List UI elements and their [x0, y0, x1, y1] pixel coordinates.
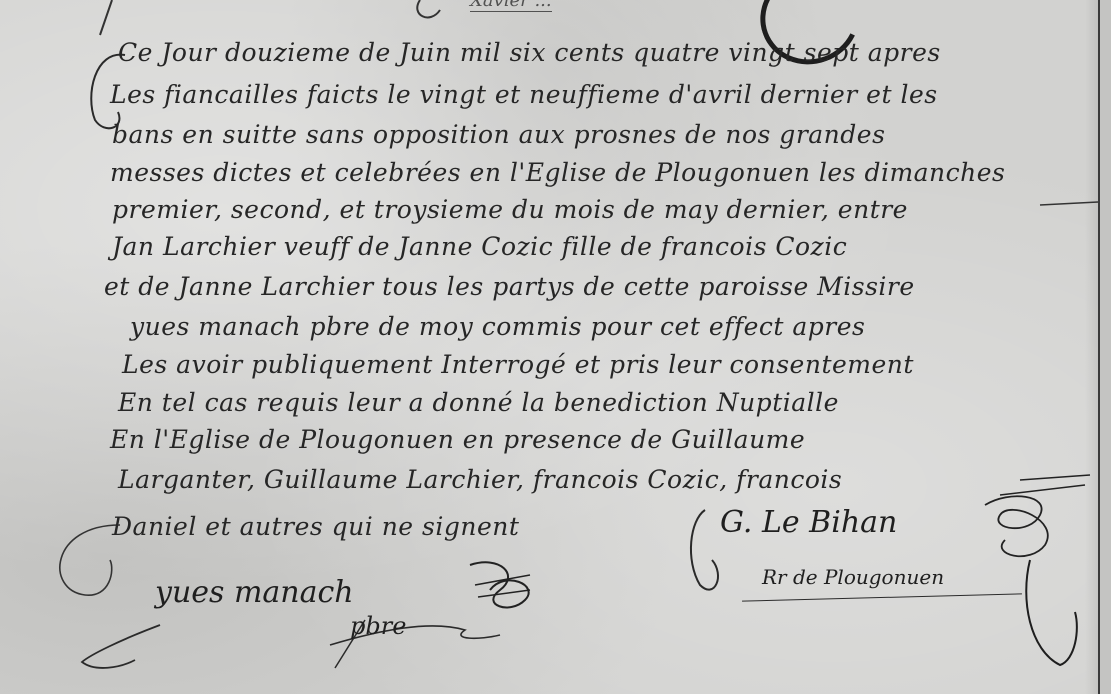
top-fragment-text: Xavier ... [470, 0, 552, 12]
record-line-13: Daniel et autres qui ne signent [112, 512, 519, 541]
signature-yues-manach: yues manach [155, 575, 354, 610]
record-line-1: Ce Jour douzieme de Juin mil six cents q… [118, 38, 941, 67]
record-line-5: premier, second, et troysieme du mois de… [112, 195, 908, 224]
record-line-10: En tel cas requis leur a donné la benedi… [118, 388, 839, 417]
record-line-9: Les avoir publiquement Interrogé et pris… [122, 350, 914, 379]
record-line-11: En l'Eglise de Plougonuen en presence de… [110, 425, 805, 454]
signature-le-bihan: G. Le Bihan [720, 505, 897, 540]
record-line-2: Les fiancailles faicts le vingt et neuff… [110, 80, 938, 109]
manuscript-page: Xavier ... Ce Jour douzieme de Juin mil … [0, 0, 1111, 694]
record-line-4: messes dictes et celebrées en l'Eglise d… [110, 158, 1005, 187]
record-line-6: Jan Larchier veuff de Janne Cozic fille … [112, 232, 847, 261]
record-line-3: bans en suitte sans opposition aux prosn… [112, 120, 885, 149]
signature-underline [742, 593, 1022, 601]
signature-recteur-plougonuen: Rr de Plougonuen [762, 565, 944, 589]
record-line-7: et de Janne Larchier tous les partys de … [104, 272, 915, 301]
page-binding-edge [1098, 0, 1111, 694]
signature-pbre: pbre [350, 612, 406, 640]
page-edge-shadow [1085, 0, 1098, 694]
record-line-8: yues manach pbre de moy commis pour cet … [130, 312, 865, 341]
record-line-12: Larganter, Guillaume Larchier, francois … [118, 465, 842, 494]
